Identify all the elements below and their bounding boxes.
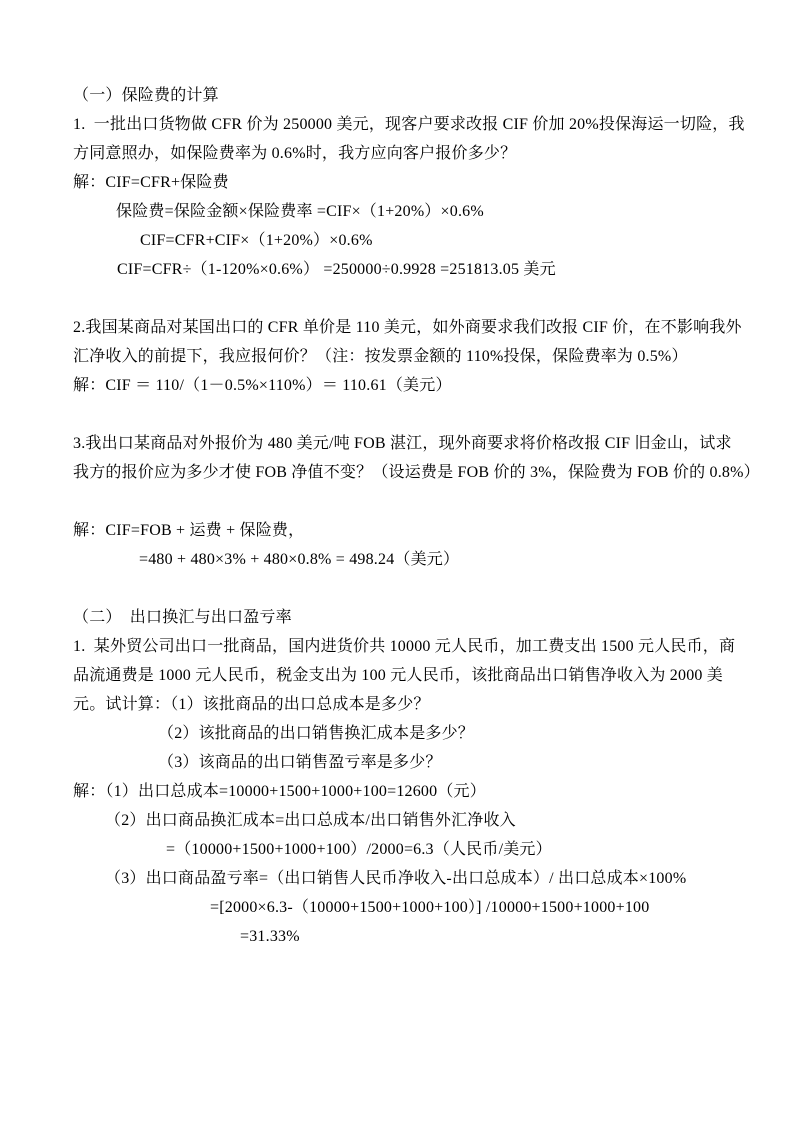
section-heading: （一）保险费的计算 — [73, 81, 749, 110]
text-line: 1. 一批出口货物做 CFR 价为 250000 美元，现客户要求改报 CIF … — [73, 110, 749, 139]
text-line: 解：CIF ＝ 110/（1－0.5%×110%）＝ 110.61（美元） — [73, 371, 749, 400]
blank-line — [73, 487, 749, 516]
text-line: =[2000×6.3-（10000+1500+1000+100）] /10000… — [73, 893, 749, 922]
text-line: 元。试计算：（1）该批商品的出口总成本是多少？ — [73, 690, 749, 719]
text-line: （2）该批商品的出口销售换汇成本是多少？ — [73, 719, 749, 748]
text-line: 品流通费是 1000 元人民币，税金支出为 100 元人民币，该批商品出口销售净… — [73, 661, 749, 690]
text-line: 方同意照办，如保险费率为 0.6%时，我方应向客户报价多少？ — [73, 139, 749, 168]
text-line: =（10000+1500+1000+100）/2000=6.3（人民币/美元） — [73, 835, 749, 864]
text-line: 3.我出口某商品对外报价为 480 美元/吨 FOB 湛江，现外商要求将价格改报… — [73, 429, 749, 458]
document-content: （一）保险费的计算1. 一批出口货物做 CFR 价为 250000 美元，现客户… — [73, 81, 749, 951]
text-line: 汇净收入的前提下，我应报何价？（注：按发票金额的 110%投保，保险费率为 0.… — [73, 342, 749, 371]
text-line: 解：CIF=FOB + 运费 + 保险费， — [73, 516, 749, 545]
text-line: 保险费=保险金额×保险费率 =CIF×（1+20%）×0.6% — [73, 197, 749, 226]
text-line: （3）该商品的出口销售盈亏率是多少？ — [73, 748, 749, 777]
blank-line — [73, 574, 749, 603]
text-line: 解：CIF=CFR+保险费 — [73, 168, 749, 197]
text-line: （2）出口商品换汇成本=出口总成本/出口销售外汇净收入 — [73, 806, 749, 835]
text-line: 解：（1）出口总成本=10000+1500+1000+100=12600（元） — [73, 777, 749, 806]
text-line: 我方的报价应为多少才使 FOB 净值不变？（设运费是 FOB 价的 3%，保险费… — [73, 458, 749, 487]
text-line: CIF=CFR÷（1-120%×0.6%） =250000÷0.9928 =25… — [73, 255, 749, 284]
text-line: CIF=CFR+CIF×（1+20%）×0.6% — [73, 226, 749, 255]
text-line: （3）出口商品盈亏率=（出口销售人民币净收入-出口总成本）/ 出口总成本×100… — [73, 864, 749, 893]
blank-line — [73, 400, 749, 429]
section-heading: （二） 出口换汇与出口盈亏率 — [73, 603, 749, 632]
text-line: =31.33% — [73, 922, 749, 951]
blank-line — [73, 284, 749, 313]
text-line: 2.我国某商品对某国出口的 CFR 单价是 110 美元，如外商要求我们改报 C… — [73, 313, 749, 342]
document-page: （一）保险费的计算1. 一批出口货物做 CFR 价为 250000 美元，现客户… — [0, 0, 794, 1123]
text-line: 1. 某外贸公司出口一批商品，国内进货价共 10000 元人民币，加工费支出 1… — [73, 632, 749, 661]
text-line: =480 + 480×3% + 480×0.8% = 498.24（美元） — [73, 545, 749, 574]
